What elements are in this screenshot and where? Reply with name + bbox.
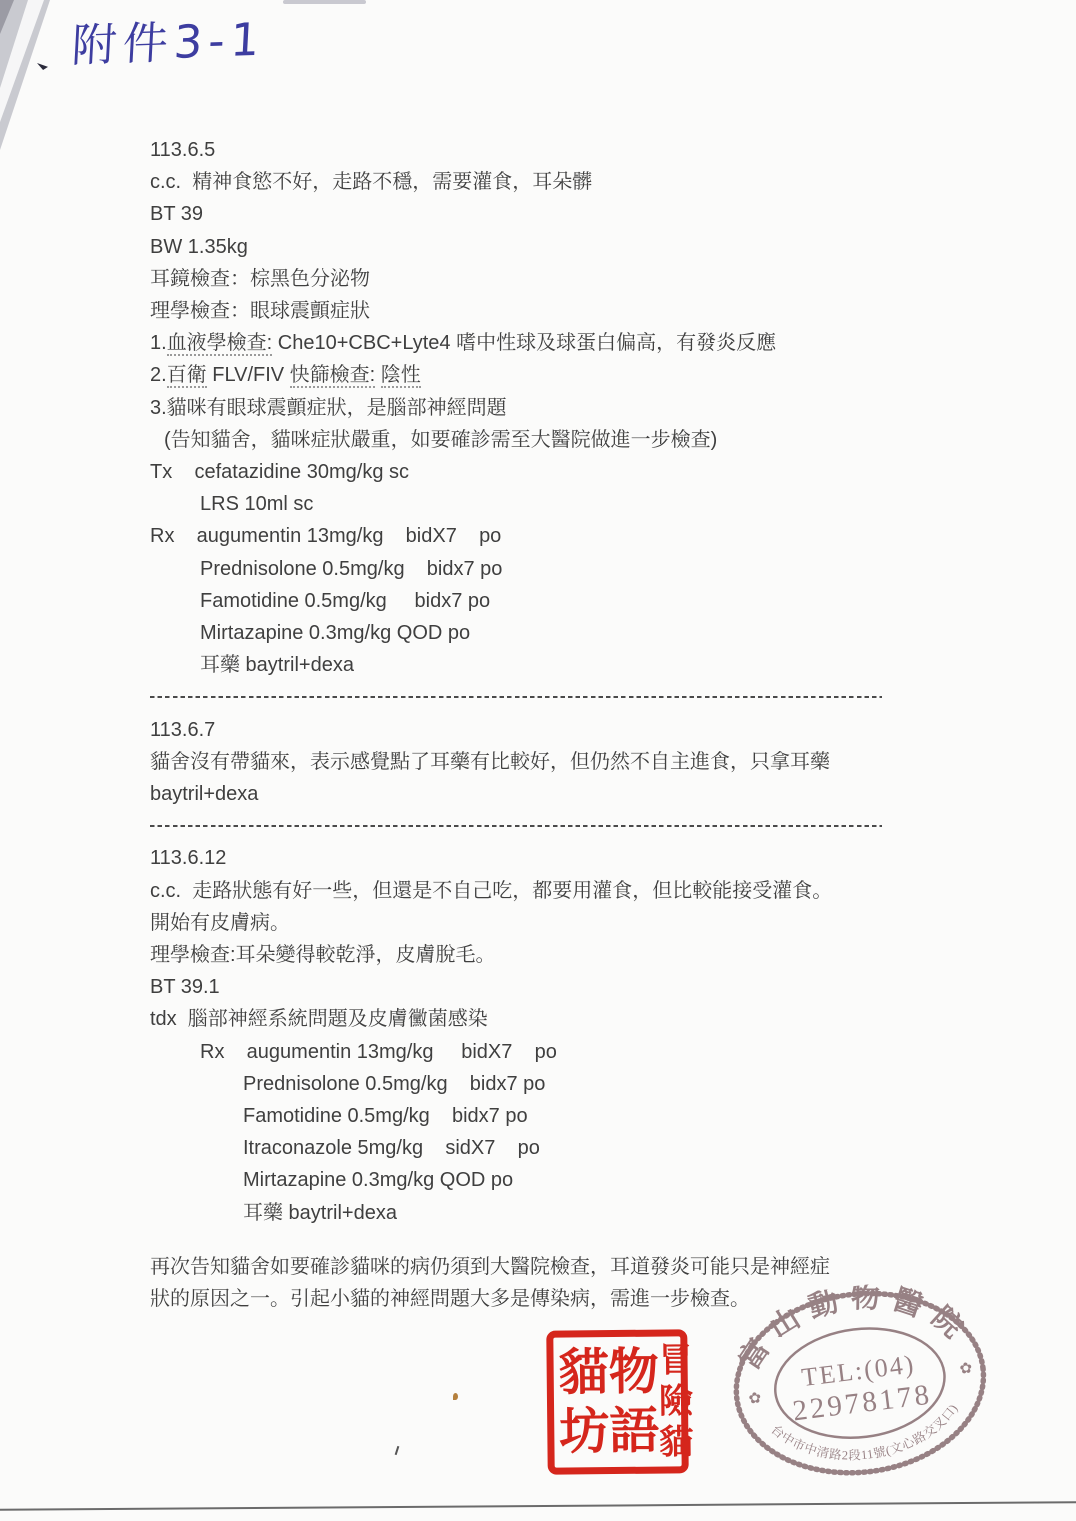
doc-line: 113.6.12 <box>150 842 892 874</box>
doc-line: Tx cefatazidine 30mg/kg sc <box>150 456 892 488</box>
spacer <box>150 1229 892 1251</box>
doc-line: Rx augumentin 13mg/kg bidX7 po <box>150 520 892 552</box>
stamp-column: 物語 <box>608 1343 659 1462</box>
underlined-term: 陰性 <box>381 364 421 388</box>
stamp-character: 險 <box>659 1381 693 1422</box>
doc-line: 113.6.5 <box>150 134 892 166</box>
doc-line: 1.血液學檢查: Che10+CBC+Lyte4 嗜中性球及球蛋白偏高，有發炎反… <box>150 327 892 359</box>
doc-line: Prednisolone 0.5mg/kg bidx7 po <box>243 1068 892 1100</box>
page-bottom-edge <box>0 1501 1076 1511</box>
doc-line: Mirtazapine 0.3mg/kg QOD po <box>200 617 892 649</box>
flower-icon: ✿ <box>959 1360 973 1377</box>
doc-line: 再次告知貓舍如要確診貓咪的病仍須到大醫院檢查，耳道發炎可能只是神經症 <box>150 1251 892 1283</box>
stamp-character: 坊 <box>559 1402 610 1462</box>
scan-smudge <box>283 0 366 4</box>
text-segment: FLV/FIV <box>207 364 290 386</box>
stamp-column: 貓坊 <box>558 1343 609 1462</box>
doc-line: Mirtazapine 0.3mg/kg QOD po <box>243 1164 892 1196</box>
stamp-character: 貓 <box>558 1343 609 1403</box>
doc-line: Rx augumentin 13mg/kg bidX7 po <box>200 1036 892 1068</box>
underlined-term: 百衛 <box>167 364 207 388</box>
stamp-character: 貓 <box>659 1422 693 1463</box>
doc-line: tdx 腦部神經系統問題及皮膚黴菌感染 <box>150 1003 892 1035</box>
doc-line: 2.百衛 FLV/FIV 快篩檢查: 陰性 <box>150 359 892 391</box>
stamp-character: 語 <box>609 1402 660 1462</box>
doc-line: BT 39 <box>150 198 892 230</box>
doc-line: Famotidine 0.5mg/kg bidx7 po <box>243 1100 892 1132</box>
handwritten-attachment-label: 附件3-1 <box>70 3 267 75</box>
doc-line: c.c. 精神食慾不好，走路不穩，需要灌食，耳朵髒 <box>150 166 892 198</box>
document-lines: 113.6.5c.c. 精神食慾不好，走路不穩，需要灌食，耳朵髒BT 39BW … <box>150 134 892 1315</box>
scanned-document-page: 附件3-1 113.6.5c.c. 精神食慾不好，走路不穩，需要灌食，耳朵髒BT… <box>0 0 1076 1521</box>
text-segment: Che10+CBC+Lyte4 嗜中性球及球蛋白偏高，有發炎反應 <box>272 332 776 354</box>
text-segment: 2. <box>150 364 167 386</box>
underlined-term: 血液學檢查: <box>167 332 273 356</box>
doc-line: Itraconazole 5mg/kg sidX7 po <box>243 1132 892 1164</box>
doc-line: 開始有皮膚病。 <box>150 907 892 939</box>
hospital-oval-stamp: 富山動物醫院 台中市中清路2段11號(文心路交叉口) TEL:(04) 2297… <box>719 1271 1003 1497</box>
paper-speck <box>395 1446 400 1455</box>
doc-line: 113.6.7 <box>150 714 892 746</box>
doc-line: 耳鏡檢查：棕黑色分泌物 <box>150 263 892 295</box>
text-segment <box>375 364 381 386</box>
doc-line: Prednisolone 0.5mg/kg bidx7 po <box>200 553 892 585</box>
paper-speck <box>453 1393 458 1400</box>
doc-line: baytril+dexa <box>150 778 892 810</box>
square-cattery-stamp: 貓坊物語冒險貓 <box>546 1329 689 1474</box>
text-segment: 1. <box>150 332 167 354</box>
doc-line: 3.貓咪有眼球震顫症狀，是腦部神經問題 <box>150 392 892 424</box>
doc-line: (告知貓舍，貓咪症狀嚴重，如要確診需至大醫院做進一步檢查) <box>164 424 892 456</box>
stamp-character: 物 <box>608 1343 659 1403</box>
doc-line: 貓舍沒有帶貓來，表示感覺點了耳藥有比較好，但仍然不自主進食，只拿耳藥 <box>150 746 892 778</box>
stamp-character: 冒 <box>658 1340 692 1381</box>
dashed-separator <box>150 810 892 842</box>
doc-line: BW 1.35kg <box>150 231 892 263</box>
doc-line: BT 39.1 <box>150 971 892 1003</box>
doc-line: 耳藥 baytril+dexa <box>243 1197 892 1229</box>
doc-line: 理學檢查：眼球震顫症狀 <box>150 295 892 327</box>
stamp-column: 冒險貓 <box>658 1340 693 1463</box>
dashed-separator <box>150 681 892 713</box>
doc-line: 耳藥 baytril+dexa <box>200 649 892 681</box>
underlined-term: 快篩檢查: <box>290 364 376 388</box>
doc-line: LRS 10ml sc <box>200 488 892 520</box>
doc-line: 理學檢查:耳朵變得較乾淨，皮膚脫毛。 <box>150 939 892 971</box>
page-corner-fold <box>0 0 60 160</box>
flower-icon: ✿ <box>748 1390 762 1407</box>
doc-line: Famotidine 0.5mg/kg bidx7 po <box>200 585 892 617</box>
doc-line: c.c. 走路狀態有好一些，但還是不自己吃，都要用灌食，但比較能接受灌食。 <box>150 875 892 907</box>
